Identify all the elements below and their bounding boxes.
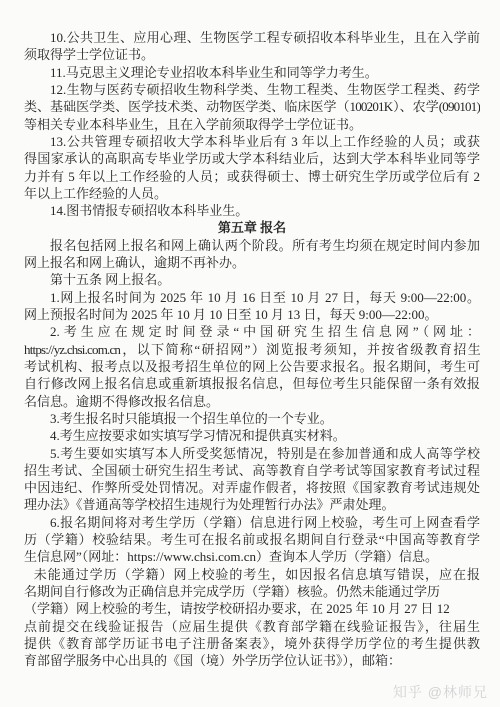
- text-line: 年以上工作经验的人员。: [24, 185, 480, 202]
- text-line: 2.考生应在规定时间登录“中国研究生招生信息网”（网址：: [24, 323, 480, 340]
- text-line: 得国家承认的高职高专毕业学历或大学本科结业后，达到大学本科毕业同等学: [24, 150, 480, 167]
- document-body: 10.公共卫生、应用心理、生物医学工程专硕招收本科毕业生，且在入学前须取得学士学…: [24, 29, 480, 670]
- text-line: 14.图书情报专硕招收本科毕业生。: [24, 202, 480, 219]
- text-line: 招生考试、全国硕士研究生招生考试、高等教育自学考试等国家教育考试过程: [24, 462, 480, 479]
- text-line: 理办法》《普通高等学校招生违规行为处理暂行办法》严肃处理。: [24, 496, 480, 513]
- text-line: 第十五条 网上报名。: [24, 271, 480, 288]
- text-line: 自行修改网上报名信息或重新填报报名信息，但每位考生只能保留一条有效报: [24, 375, 480, 392]
- text-line: 历（学籍）校验结果。考生可在报名前或报名期间自行登录“中国高等教育学: [24, 531, 480, 548]
- text-line: 须取得学士学位证书。: [24, 46, 480, 63]
- text-line: 点前提交在线验证报告（应届生提供《教育部学籍在线验证报告》，往届生: [24, 618, 480, 635]
- text-line: 6.报名期间将对考生学历（学籍）信息进行网上校验，考生可上网查看学: [24, 514, 480, 531]
- text-line: 考试机构、报考点以及报考招生单位的网上公告要求报名。报名期间，考生可: [24, 358, 480, 375]
- text-line: 提供《教育部学历证书电子注册备案表》，境外获得学历学位的考生提供教: [24, 635, 480, 652]
- text-line: 名信息。逾期不得修改报名信息。: [24, 393, 480, 410]
- section-heading: 第五章 报名: [24, 219, 480, 236]
- text-line: 报名包括网上报名和网上确认两个阶段。所有考生均须在规定时间内参加: [24, 237, 480, 254]
- text-line: 网上报名和网上确认，逾期不再补办。: [24, 254, 480, 271]
- text-line: 5.考生要如实填写本人所受奖惩情况，特别是在参加普通和成人高等学校: [24, 445, 480, 462]
- text-line: 名期间自行修改为正确信息并完成学历（学籍）核验。仍然未能通过学历: [24, 583, 480, 600]
- text-line: 3.考生报名时只能填报一个招生单位的一个专业。: [24, 410, 480, 427]
- text-line: 10.公共卫生、应用心理、生物医学工程专硕招收本科毕业生，且在入学前: [24, 29, 480, 46]
- text-line: https://yz.chsi.com.cn，以下简称“研招网”）浏览报考须知，…: [24, 341, 480, 358]
- text-line: 中因违纪、作弊所受处罚情况。对弄虚作假者，将按照《国家教育考试违规处: [24, 479, 480, 496]
- watermark: 知乎 @林师兄: [393, 682, 488, 702]
- text-line: 4.考生应按要求如实填写学习情况和提供真实材料。: [24, 427, 480, 444]
- text-line: 13.公共管理专硕招收大学本科毕业后有 3 年以上工作经验的人员；或获: [24, 133, 480, 150]
- text-line: 1.网上报名时间为 2025 年 10 月 16 日至 10 月 27 日，每天…: [24, 289, 480, 306]
- text-line: 网上预报名时间为 2025 年 10 月 10 日至 10 月 13 日，每天 …: [24, 306, 480, 323]
- text-line: （学籍）网上校验的考生，请按学校研招办要求，在 2025 年 10 月 27 日…: [24, 600, 480, 617]
- text-line: 12.生物与医药专硕招收生物科学类、生物工程类、生物医学工程类、药学: [24, 81, 480, 98]
- text-line: 育部留学服务中心出具的《国（境）外学历学位认证书》），邮箱：: [24, 652, 480, 669]
- text-line: 等相关专业本科毕业生，且在入学前须取得学士学位证书。: [24, 116, 480, 133]
- document-page: 10.公共卫生、应用心理、生物医学工程专硕招收本科毕业生，且在入学前须取得学士学…: [0, 0, 500, 707]
- text-line: 11.马克思主义理论专业招收本科毕业生和同等学力考生。: [24, 64, 480, 81]
- text-line: 类、基础医学类、医学技术类、动物医学类、临床医学（100201K）、农学(090…: [24, 98, 480, 115]
- text-line: 力并有 5 年以上工作经验的人员；或获得硕士、博士研究生学历或学位后有 2: [24, 168, 480, 185]
- text-line: 未能通过学历（学籍）网上校验的考生，如因报名信息填写错误，应在报: [24, 566, 480, 583]
- text-line: 生信息网”（网址：https://www.chsi.com.cn）查询本人学历（…: [24, 548, 480, 565]
